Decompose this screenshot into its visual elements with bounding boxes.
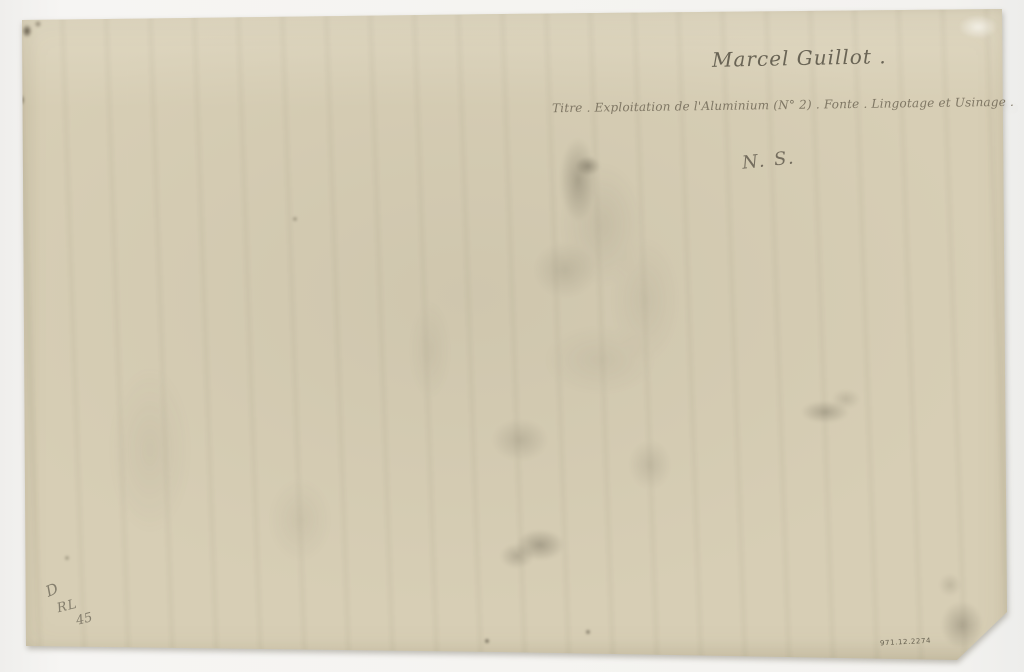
paper-sheet-wrapper: Marcel Guillot . Titre . Exploitation de… <box>0 0 1024 672</box>
artist-signature: Marcel Guillot . <box>712 44 887 72</box>
photo-background: Marcel Guillot . Titre . Exploitation de… <box>0 0 1024 672</box>
